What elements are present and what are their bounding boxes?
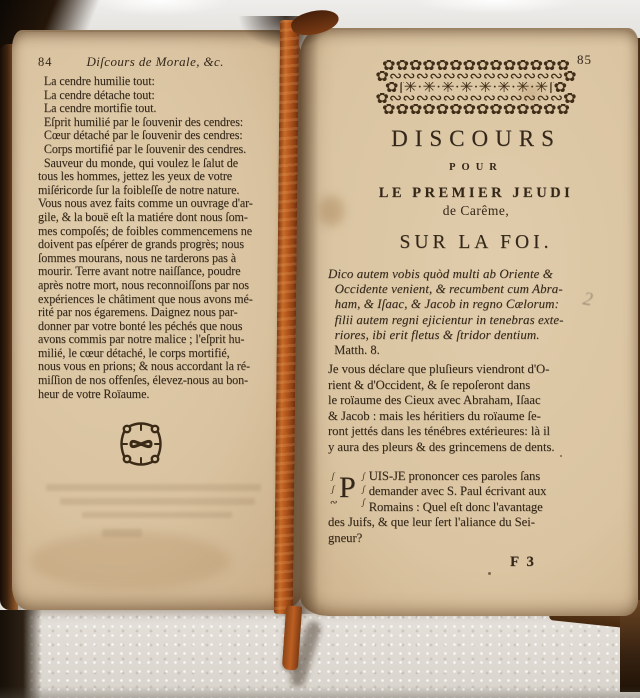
text-line: doivent pas eſpérer de grands progrès; n…	[38, 238, 294, 252]
ink-speck	[56, 340, 58, 343]
text-line: & Jacob : mais les héritiers du roïaume …	[328, 409, 624, 425]
ornament-row: ✿✿✿✿✿✿✿✿✿✿✿✿✿✿	[358, 60, 594, 71]
signature-mark: F 3	[510, 554, 624, 571]
text-line: le roïaume des Cieux avec Abraham, Iſaac	[328, 393, 624, 409]
dropcap-ornament-right: ʃ ʃ ʃ	[359, 468, 369, 509]
page-header: 84 Diſcours de Morale, &c.	[38, 54, 294, 70]
translation-paragraph: Je vous déclare que pluſieurs viendront …	[328, 362, 624, 456]
subtitle-sur-la-foi: SUR LA FOI.	[328, 232, 624, 254]
show-through-text	[46, 484, 261, 491]
water-stain	[30, 532, 230, 590]
subtitle-premier-jeudi: LE PREMIER JEUDI	[328, 185, 624, 202]
show-through-text	[60, 498, 255, 505]
page-right: 85 ✿✿✿✿✿✿✿✿✿✿✿✿✿✿✿∾∾∾∾∾∾∾∾∾∾∾∾∾✿✿ʃ✳·✳·✳·…	[300, 28, 638, 616]
text-line: miſſion de nos offenſes, élevez-nous au …	[38, 374, 294, 388]
text-line: Je vous déclare que pluſieurs viendront …	[328, 362, 624, 378]
text-line: nous vous en prions; & nous accordant la…	[38, 360, 294, 374]
scripture-citation: Matth. 8.	[328, 343, 624, 358]
running-title: Diſcours de Morale, &c.	[87, 54, 224, 70]
ink-speck	[488, 572, 491, 575]
text-line: ront jettés dans les ténébres extérieure…	[328, 424, 624, 440]
text-line: miſéricorde ſur la foibleſſe de notre na…	[38, 184, 294, 198]
page-number: 84	[38, 55, 53, 70]
background-highlight	[410, 0, 580, 14]
dropcap-text: UIS-JE prononcer ces paroles ſansdemande…	[369, 468, 547, 516]
text-line: tous les hommes, jettez les yeux de votr…	[38, 170, 294, 184]
text-line: expériences le châtiment que nous avons …	[38, 293, 294, 307]
headpiece-ornament-band: ✿✿✿✿✿✿✿✿✿✿✿✿✿✿✿∾∾∾∾∾∾∾∾∾∾∾∾∾✿✿ʃ✳·✳·✳·✳·✳…	[358, 60, 594, 115]
title-discours: DISCOURS	[328, 126, 624, 152]
ornament-row: ✿∾∾∾∾∾∾∾∾∾∾∾∾∾✿	[358, 71, 594, 82]
ornament-row: ✿✿✿✿✿✿✿✿✿✿✿✿✿✿	[358, 104, 594, 115]
text-line: ſommes mourans, nous ne tarderons pas à	[38, 252, 294, 266]
text-line: UIS-JE prononcer ces paroles ſans	[369, 469, 547, 485]
text-line: Corps mortifié par le ſouvenir des cendr…	[38, 143, 294, 157]
text-line: Romains : Quel eſt donc l'avantage	[369, 500, 547, 516]
text-line: mourir. Terre avant notre naiſſance, pou…	[38, 265, 294, 279]
text-line: filii autem regni ejicientur in tenebras…	[328, 313, 624, 328]
foxing-spot	[318, 196, 344, 226]
subtitle-pour: POUR	[328, 162, 624, 173]
text-line: Vous nous avez faits comme un ouvrage d'…	[38, 197, 294, 211]
text-line: riores, ibi erit fletus & ſtridor dentiu…	[328, 328, 624, 343]
ornament-row: ✿∾∾∾∾∾∾∾∾∾∾∾∾∾✿	[358, 93, 594, 104]
foxing-spot	[520, 84, 542, 102]
text-line: rient & d'Occident, & ſe repoſeront dans	[328, 378, 624, 394]
page-left: 84 Diſcours de Morale, &c. La cendre hum…	[12, 30, 302, 610]
text-line: La cendre détache tout:	[38, 89, 294, 103]
ink-speck	[560, 455, 562, 457]
text-line: après notre mort, nous reconnoiſſons par…	[38, 279, 294, 293]
body-text: La cendre humilie tout: La cendre détach…	[38, 75, 294, 401]
subtitle-de-careme: de Carême,	[328, 203, 624, 219]
text-line: avons commis par notre malice ; l'eſprit…	[38, 333, 294, 347]
text-line: Occidente venient, & recumbent cum Abra-	[328, 282, 624, 297]
text-line: Cœur détaché par le ſouvenir des cendres…	[38, 129, 294, 143]
text-line: milié, le cœur détaché, le corps mortifi…	[38, 347, 294, 361]
dropcap-letter: P	[338, 468, 359, 508]
text-line: La cendre mortifie tout.	[38, 102, 294, 116]
text-line: rité par nos égaremens. Daignez nous par…	[38, 306, 294, 320]
text-line: Sauveur du monde, qui voulez le ſalut de	[38, 157, 294, 171]
show-through-text	[82, 512, 232, 518]
bottom-vignette	[0, 686, 640, 698]
paragraph-continuation: des Juifs, & que leur ſert l'aliance du …	[328, 515, 624, 546]
page-number: 85	[577, 52, 592, 68]
text-line: gile, & la bouë eſt la matiére dont nous…	[38, 211, 294, 225]
ornament-row: ✿ʃ✳·✳·✳·✳·✳·✳·✳·✳ʃ✿	[358, 82, 594, 93]
text-line: donner par votre bonté les péchés que no…	[38, 320, 294, 334]
dropcap-ornament-left: ʃ ʃ ∾	[328, 468, 338, 509]
text-line: gneur?	[328, 531, 624, 547]
text-line: demander avec S. Paul écrivant aux	[369, 484, 547, 500]
text-line: y aura des pleurs & des grincemens de de…	[328, 440, 624, 456]
shadow-corner-bottom-left	[0, 610, 42, 698]
book-photo: 84 Diſcours de Morale, &c. La cendre hum…	[0, 0, 640, 698]
text-line: des Juifs, & que leur ſert l'aliance du …	[328, 515, 624, 531]
text-line: La cendre humilie tout:	[38, 75, 294, 89]
text-line: ham, & Iſaac, & Jacob in regno Cælorum:	[328, 297, 624, 312]
text-line: Dico autem vobis quòd multi ab Oriente &	[328, 267, 624, 282]
latin-epigraph: Dico autem vobis quòd multi ab Oriente &…	[328, 267, 624, 343]
text-line: Eſprit humilié par le ſouvenir des cendr…	[38, 116, 294, 130]
printer-fleuron-icon	[118, 420, 164, 468]
text-line: mes compoſés; de foibles commencemens ne	[38, 225, 294, 239]
text-line: heur de votre Roïaume.	[38, 388, 294, 402]
dropcap-paragraph: ʃ ʃ ∾ P ʃ ʃ ʃ UIS-JE prononcer ces parol…	[328, 468, 624, 516]
